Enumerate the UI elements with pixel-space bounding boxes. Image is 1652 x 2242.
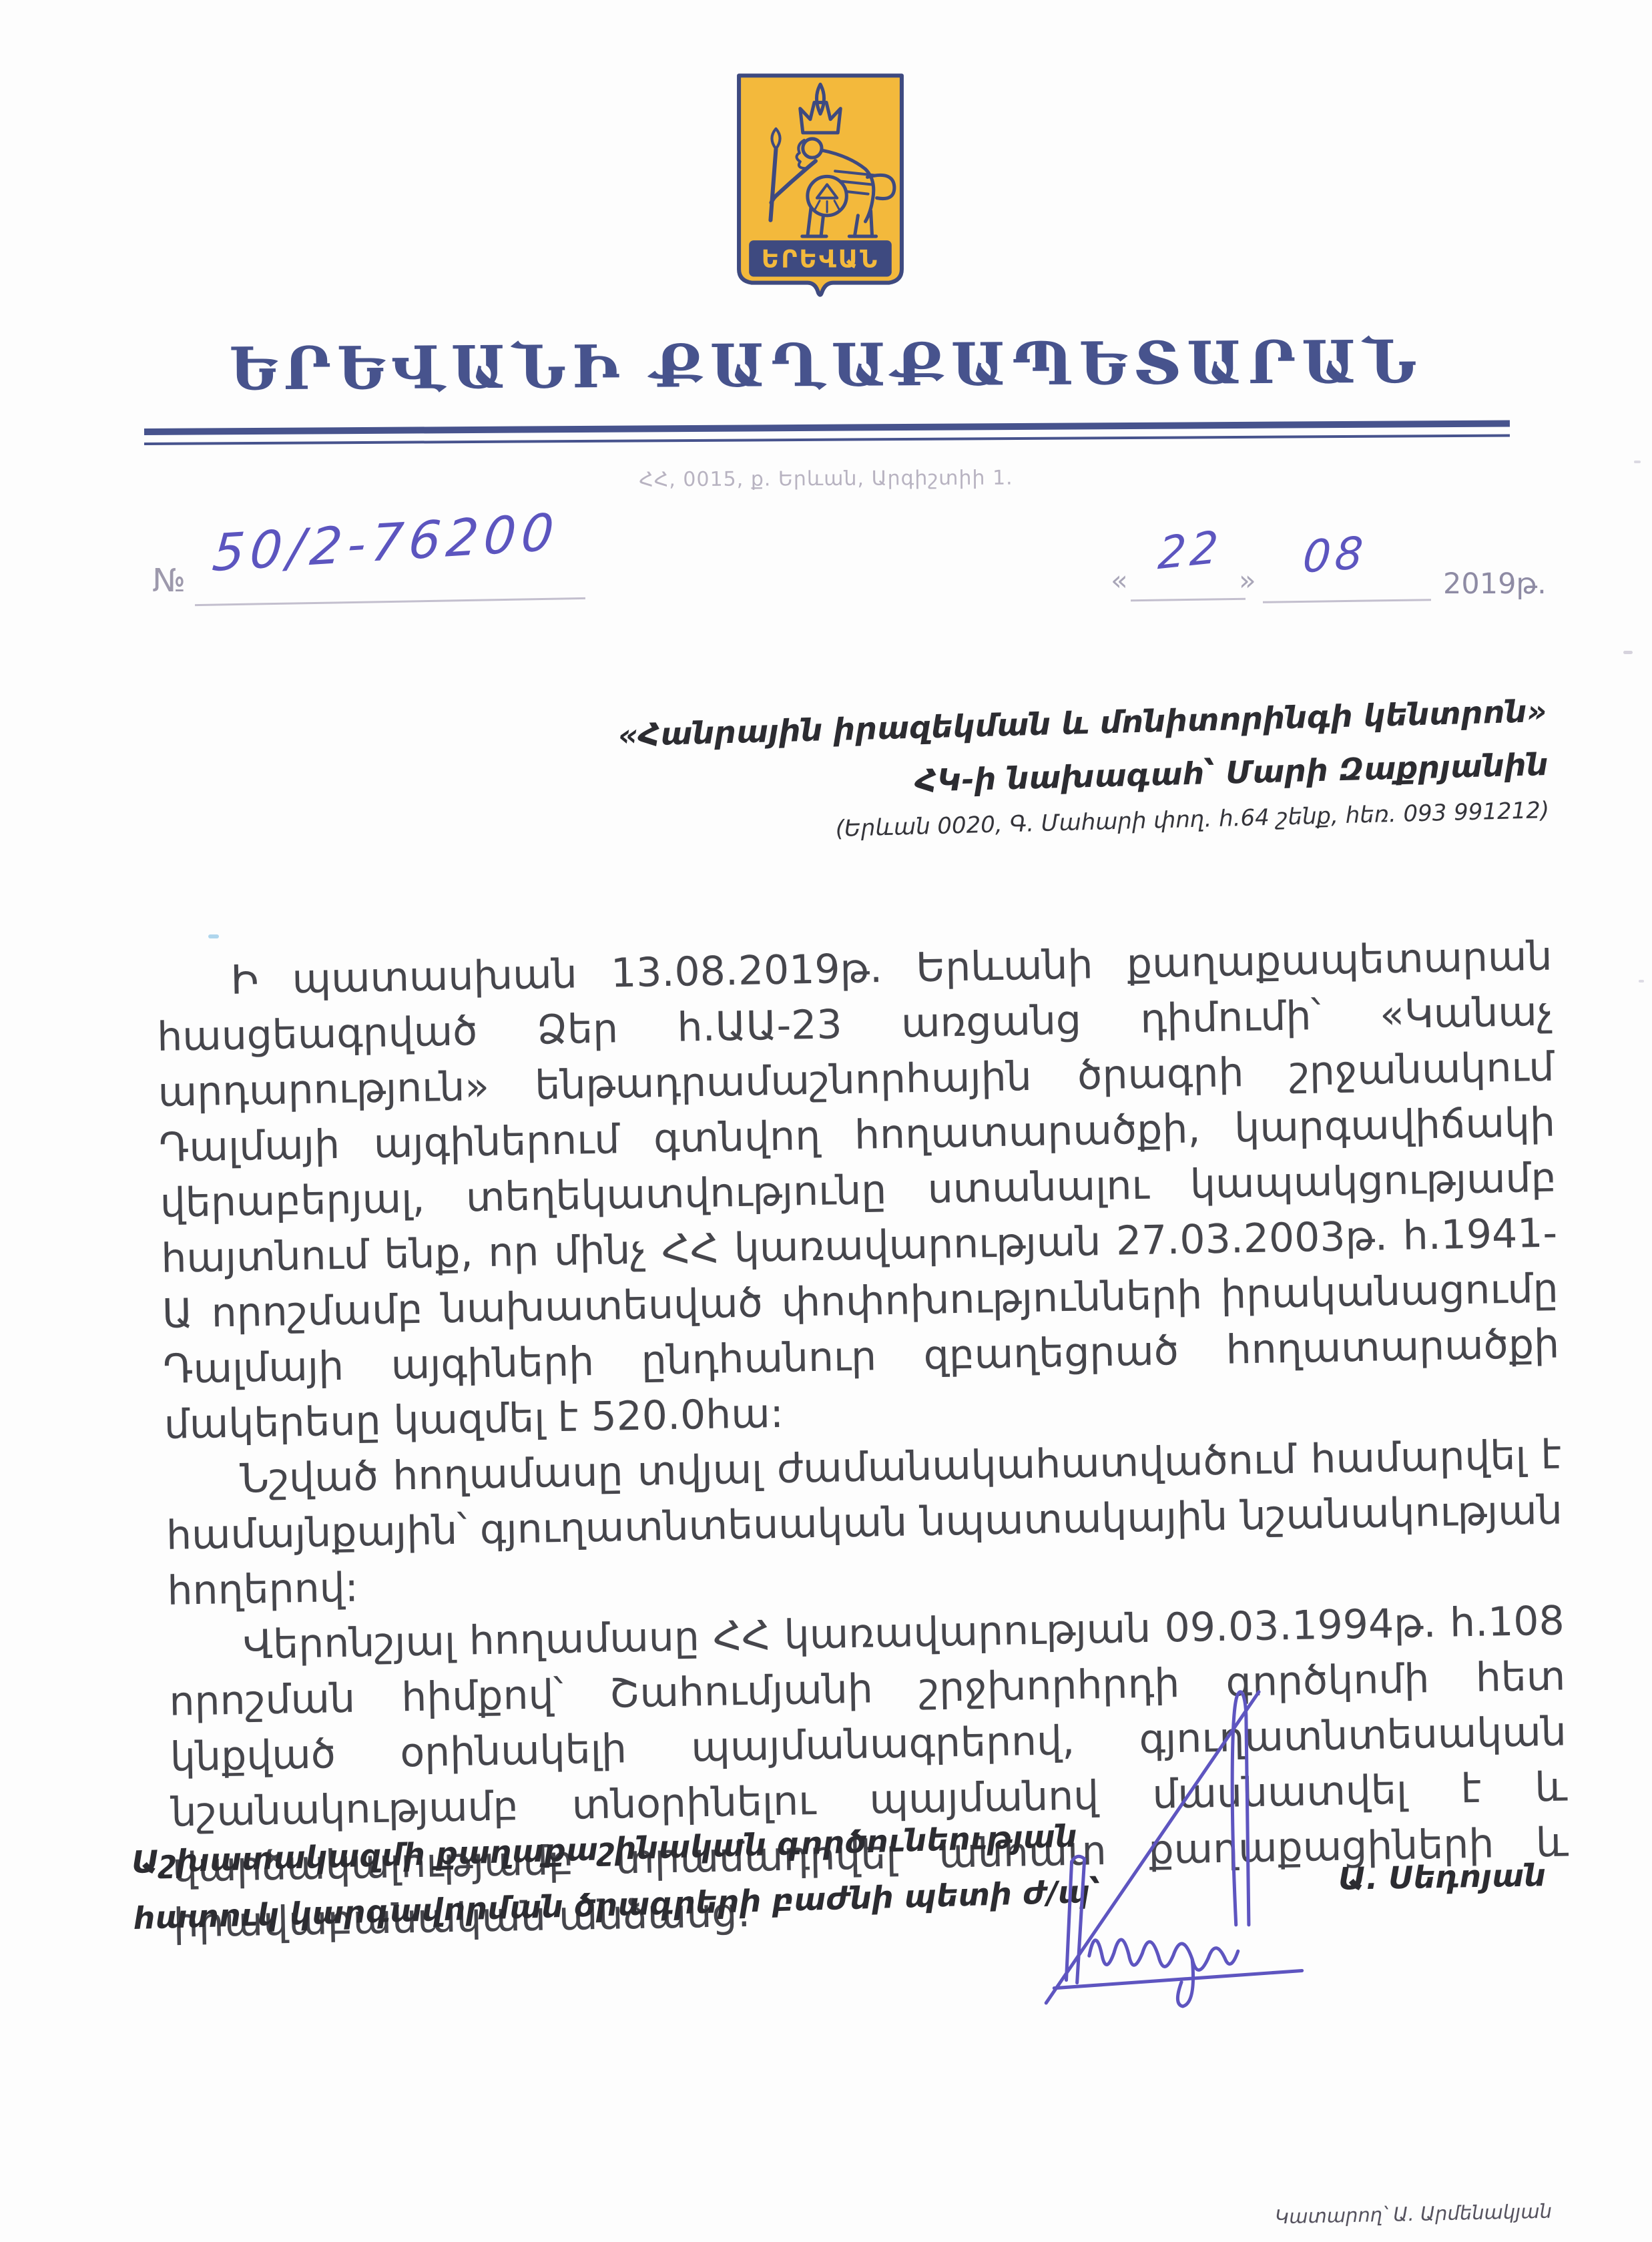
reference-number-underline	[195, 597, 585, 606]
date-month-handwritten: 08	[1301, 527, 1368, 583]
reference-number-label: №	[152, 562, 186, 599]
date-day-handwritten: 22	[1157, 521, 1224, 579]
organization-title: ԵՐԵՎԱՆԻ ՔԱՂԱՔԱՊԵՏԱՐԱՆ	[0, 325, 1652, 404]
emblem-caption: ԵՐԵՎԱՆ	[762, 244, 880, 273]
date-close-quote: »	[1239, 564, 1256, 597]
body-paragraph-2: Նշված հողամասը տվյալ ժամանակահատվածում հ…	[165, 1428, 1564, 1619]
recipient-address: (Երևան 0020, Գ. Մահարի փող. հ.64 շենք, հ…	[621, 797, 1550, 848]
date-open-quote: «	[1111, 564, 1128, 597]
signer-name: Ա. Սեդոյան	[1338, 1857, 1547, 1896]
letter-body: Ի պատասխան 13.08.2019թ. Երևանի քաղաքապետ…	[156, 929, 1570, 1952]
recipient-block: «Հանրային իրազեկման և մոնիտորինգի կենտրո…	[618, 693, 1550, 848]
coat-of-arms-icon: ԵՐԵՎԱՆ	[733, 71, 908, 303]
scan-artifact	[1623, 651, 1633, 654]
organization-address: ՀՀ, 0015, ք. Երևան, Արգիշտիի 1.	[0, 463, 1652, 495]
scan-artifact	[208, 934, 219, 938]
header-rule-thin	[144, 435, 1510, 445]
handwritten-signature	[1033, 1634, 1327, 2011]
header-rule-thick	[144, 421, 1510, 435]
scan-artifact	[1639, 980, 1644, 983]
scan-artifact	[1634, 461, 1641, 463]
date-year: 2019թ.	[1443, 567, 1547, 601]
reference-number-handwritten: 50/2-76200	[210, 502, 561, 583]
recipient-addressee: ՀԿ-ի նախագահ՝ Մարի Զաքրյանին	[619, 746, 1549, 806]
date-month-underline	[1263, 599, 1431, 603]
recipient-organization: «Հանրային իրազեկման և մոնիտորինգի կենտրո…	[618, 693, 1547, 753]
scanned-letter-page: ԵՐԵՎԱՆ ԵՐԵՎԱՆԻ ՔԱՂԱՔԱՊԵՏԱՐԱՆ ՀՀ, 0015, ք…	[0, 0, 1652, 2242]
executor-note: Կատարող՝ Ա. Արմենակյան	[1275, 2200, 1553, 2229]
date-day-underline	[1131, 598, 1246, 601]
body-paragraph-1: Ի պատասխան 13.08.2019թ. Երևանի քաղաքապետ…	[156, 929, 1561, 1453]
yerevan-coat-of-arms: ԵՐԵՎԱՆ	[733, 71, 908, 306]
